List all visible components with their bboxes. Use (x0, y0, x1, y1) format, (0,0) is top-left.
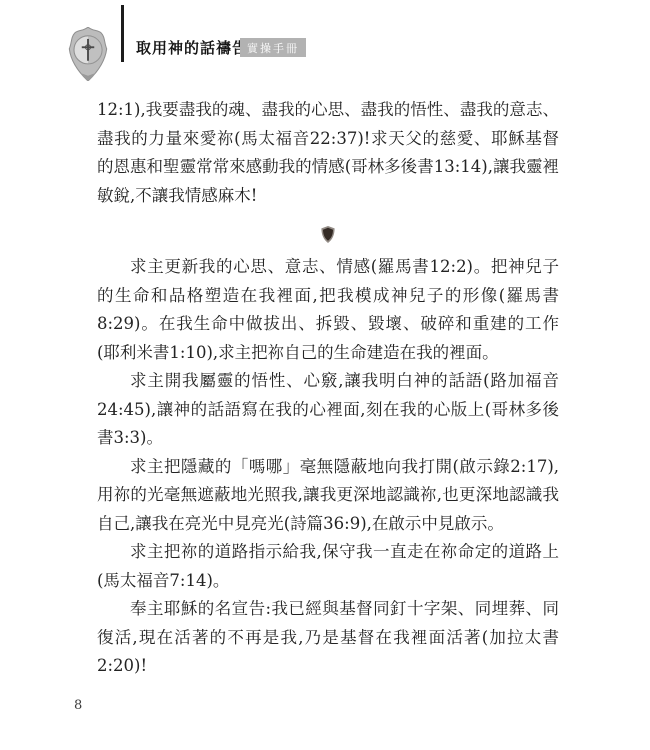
publisher-logo-icon (67, 27, 109, 81)
paragraph: 求主開我屬靈的悟性、心竅,讓我明白神的話語(路加福音24:45),讓神的話語寫在… (97, 367, 559, 453)
header-divider-bar (121, 5, 124, 62)
paragraph: 求主把祢的道路指示給我,保守我一直走在祢命定的道路上(馬太福音7:14)。 (97, 538, 559, 595)
book-page: 取用神的話禱告 實操手冊 12:1),我要盡我的魂、盡我的心思、盡我的悟性、盡我… (0, 0, 650, 750)
shield-icon (321, 226, 335, 243)
paragraph: 奉主耶穌的名宣告:我已經與基督同釘十字架、同埋葬、同復活,現在活著的不再是我,乃… (97, 595, 559, 681)
page-number: 8 (74, 698, 82, 713)
paragraph: 求主更新我的心思、意志、情感(羅馬書12:2)。把神兒子的生命和品格塑造在我裡面… (97, 253, 559, 367)
section-divider (97, 225, 559, 243)
edition-badge: 實操手冊 (240, 38, 306, 57)
paragraph: 求主把隱藏的「嗎哪」毫無隱蔽地向我打開(啟示錄2:17),用祢的光毫無遮蔽地光照… (97, 453, 559, 539)
book-title: 取用神的話禱告 (136, 37, 248, 58)
body-text: 12:1),我要盡我的魂、盡我的心思、盡我的悟性、盡我的意志、盡我的力量來愛祢(… (97, 96, 559, 681)
paragraph-continuation: 12:1),我要盡我的魂、盡我的心思、盡我的悟性、盡我的意志、盡我的力量來愛祢(… (97, 96, 559, 210)
